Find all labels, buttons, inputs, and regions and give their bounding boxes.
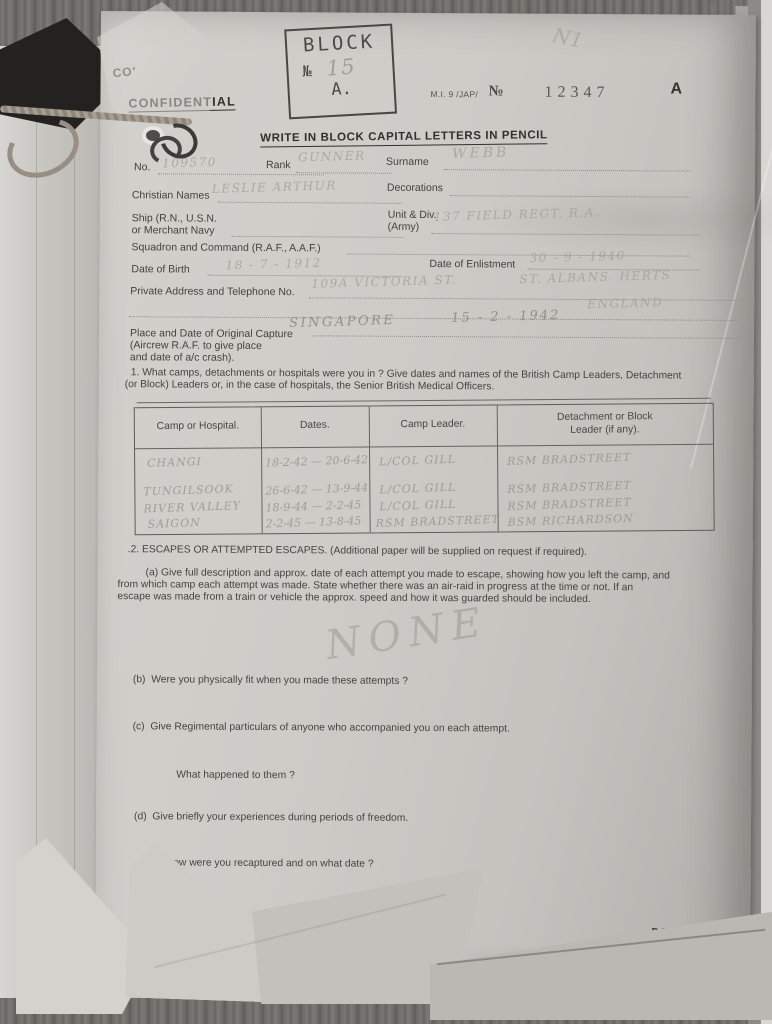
field-ship-label-line2: or Merchant Navy [132,224,215,238]
camp-cell: TUNGILSOOK [143,482,234,498]
field-squadron-label: Squadron and Command (R.A.F., A.A.F.) [132,241,321,255]
block-leader-cell: RSM BRADSTREET [507,479,632,496]
field-christian-names-label: Christian Names [132,189,210,203]
question-c: (c) Give Regimental particulars of anyon… [133,721,510,734]
leader-cell: RSM BRADSTREET [375,513,500,530]
field-address-label: Private Address and Telephone No. [130,285,294,299]
field-capture-date-value: 15 - 2 - 1942 [451,308,561,326]
leader-cell: L/COL GILL [379,453,456,469]
torn-page-text-fragment: CO' [112,64,137,80]
series-letter: A [670,80,682,98]
field-no-value: 109570 [162,155,217,171]
none-answer-handwritten: NONE [323,599,492,669]
table-header-leader: Camp Leader. [369,417,497,431]
question-1-line2: (or Block) Leaders or, in the case of ho… [125,379,495,392]
field-line [432,232,700,236]
question-d: (d) Give briefly your experiences during… [134,811,408,824]
serial-number: 12347 [544,84,609,102]
serial-no-label: № [488,83,503,100]
camp-cell: RIVER VALLEY [143,499,241,515]
pto-label: P.T.O. [651,926,685,939]
confidential-label: CONFIDENTIAL [128,94,236,112]
field-address-value-3: ENGLAND [587,295,663,311]
field-enlistment-label: Date of Enlistment [429,258,515,272]
section-2-heading: .2. ESCAPES OR ATTEMPTED ESCAPES. (Addit… [128,544,587,558]
question-c2: What happened to them ? [176,769,295,781]
field-line [313,334,739,339]
field-line [218,201,402,204]
field-rank-value: GUNNER [298,148,366,164]
field-address-value-2: ST. ALBANS. HERTS [519,268,671,286]
block-stamp-box: BLOCK № 15 A. [284,24,397,120]
field-christian-names-value: LESLIE ARTHUR [212,178,337,196]
table-header-dates: Dates. [261,418,369,432]
mi9-reference-label: M.I. 9 /JAP/ [430,89,478,99]
field-line [444,168,690,172]
field-line [348,253,690,257]
field-capture-place-value: SINGAPORE [289,313,396,331]
pencil-corner-note: N1 [551,23,586,53]
field-dob-label: Date of Birth [131,263,189,276]
form-page: CO' CONFIDENTIAL BLOCK № 15 A. N1 M.I. 9… [95,11,756,991]
question-d2: How were you recaptured and on what date… [166,857,374,869]
table-header-block-leader: Detachment or BlockLeader (if any). [497,410,713,438]
block-leader-cell: BSM RICHARDSON [507,512,634,529]
field-line [309,296,739,301]
field-address-value-1: 109A VICTORIA ST. [311,273,457,291]
field-army-label: (Army) [388,221,420,234]
block-leader-cell: RSM BRADSTREET [507,451,632,468]
field-surname-value: WEBB [452,145,510,163]
table-row: CHANGI 18-2-42 — 20-6-42 L/COL GILL RSM … [135,452,713,473]
field-unit-div-value: 137 FIELD REGT. R.A. [434,205,601,224]
photo-of-document: { "doc": { "fragment": "CO'", "confident… [0,0,772,1024]
section-2a-line3: escape was made from a train or vehicle … [117,591,590,605]
field-enlistment-value: 30 - 9 - 1940 [529,249,626,266]
field-line [450,194,690,197]
field-rank-label: Rank [266,159,291,172]
leader-cell: L/COL GILL [379,481,456,497]
question-b: (b) Were you physically fit when you mad… [133,674,408,687]
table-top-rule [137,397,711,404]
camp-cell: CHANGI [147,455,202,470]
dates-cell: 18-2-42 — 20-6-42 [265,453,368,469]
field-dob-value: 18 - 7 - 1912 [225,256,322,273]
field-capture-label-line3: and date of a/c crash). [130,351,235,365]
field-line [232,235,404,238]
twine-loop [0,107,88,188]
block-leader-cell: RSM BRADSTREET [507,496,632,513]
field-decorations-label: Decorations [387,182,443,195]
dates-cell: 18-9-44 — 2-2-45 [265,498,361,514]
camps-table: Camp or Hospital. Dates. Camp Leader. De… [134,403,715,536]
stamp-block-number-handwritten: 15 [325,54,357,81]
table-row: SAIGON 2-2-45 — 13-8-45 RSM BRADSTREET B… [136,513,714,534]
camp-cell: SAIGON [147,516,201,531]
field-surname-label: Surname [386,156,429,169]
dates-cell: 26-6-42 — 13-9-44 [265,481,368,497]
table-header-divider [135,444,713,450]
leader-cell: L/COL GILL [379,498,456,514]
right-page-edge-white [761,0,772,1024]
field-line [129,315,739,321]
table-header-camp: Camp or Hospital. [135,419,261,433]
field-no-label: No. [134,161,150,174]
dates-cell: 2-2-45 — 13-8-45 [265,514,361,530]
